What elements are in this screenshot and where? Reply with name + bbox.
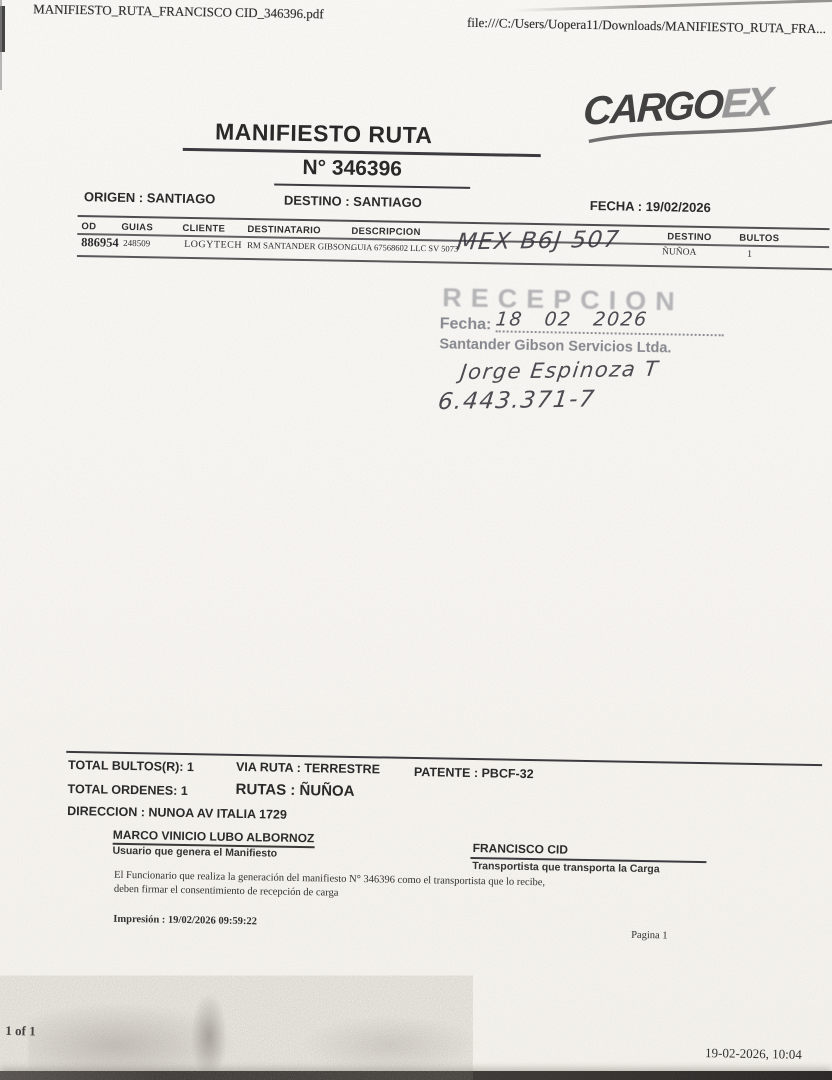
logo-word-cargo: CARGO [582,82,723,133]
handwritten-receiver-rut: 6.443.371-7 [436,386,596,415]
row-cell-destino: ÑUÑOA [662,247,696,258]
print-header-file-url: file:///C:/Users/Uopera11/Downloads/MANI… [467,15,826,37]
generator-signature-role: Usuario que genera el Manifiesto [112,845,277,860]
col-header-od: OD [81,221,96,232]
stamp-company-name: Santander Gibson Servicios Ltda. [439,336,671,356]
col-header-descripcion: DESCRIPCION [351,226,420,238]
print-header-filename: MANIFIESTO_RUTA_FRANCISCO CID_346396.pdf [33,1,324,22]
cargoex-logo-text: CARGOEX [582,82,772,132]
scan-edge-artifact-light [0,0,2,90]
table-bottom-rule [77,255,832,270]
patente: PATENTE : PBCF-32 [414,765,534,781]
col-header-destino: DESTINO [667,231,712,243]
scan-bottom-edge [0,1071,832,1080]
scan-smudge-artifact [300,1015,480,1075]
title-underline [183,148,541,157]
logo-word-ex: EX [721,80,773,127]
via-ruta: VIA RUTA : TERRESTRE [236,760,380,777]
origen-field: ORIGEN : SANTIAGO [84,189,216,206]
row-cell-bultos: 1 [747,249,752,260]
page-title: MANIFIESTO RUTA [215,118,433,149]
direccion: DIRECCION : NUNOA AV ITALIA 1729 [67,804,287,822]
rutas: RUTAS : ÑUÑOA [235,781,354,800]
cargoex-logo: CARGOEX [582,79,832,146]
scanned-document-page: MANIFIESTO_RUTA_FRANCISCO CID_346396.pdf… [0,0,832,1080]
row-cell-od: 886954 [81,235,119,251]
col-header-bultos: BULTOS [739,233,779,245]
scan-content: MANIFIESTO_RUTA_FRANCISCO CID_346396.pdf… [0,0,832,1080]
handwritten-route-note: MEX B6J 507 [455,227,621,256]
manifest-number-underline [274,183,470,188]
col-header-destinatario: DESTINATARIO [247,224,321,236]
row-cell-cliente: LOGYTECH [184,239,242,251]
legal-text: El Funcionario que realiza la generación… [114,869,545,905]
total-ordenes: TOTAL ORDENES: 1 [67,782,187,798]
destino-field: DESTINO : SANTIAGO [284,193,422,210]
col-header-guias: GUIAS [121,222,153,234]
scan-smudge-artifact [192,995,226,1077]
col-header-cliente: CLIENTE [182,223,225,235]
row-cell-guias: 248509 [123,238,150,248]
print-timestamp: Impresión : 19/02/2026 09:59:22 [113,914,257,928]
row-cell-descripcion: GUIA 67568602 LLC SV 5073 [351,242,458,254]
transporter-signature-name: FRANCISCO CID [473,841,569,857]
handwritten-receiver-name: Jorge Espinoza T [459,357,660,384]
page-number: Pagina 1 [631,930,668,942]
manifest-number: N° 346396 [302,156,402,182]
transporter-signature-role: Transportista que transporta la Carga [472,860,659,875]
footer-print-datetime: 19-02-2026, 10:04 [705,1045,802,1063]
stamp-date-label: Fecha: [440,315,492,334]
fecha-field: FECHA : 19/02/2026 [590,198,711,215]
row-cell-destinatario: RM SANTANDER GIBSON... [247,240,357,252]
handwritten-stamp-date: 18 02 2026 [495,309,649,331]
total-bultos: TOTAL BULTOS(R): 1 [68,758,194,774]
